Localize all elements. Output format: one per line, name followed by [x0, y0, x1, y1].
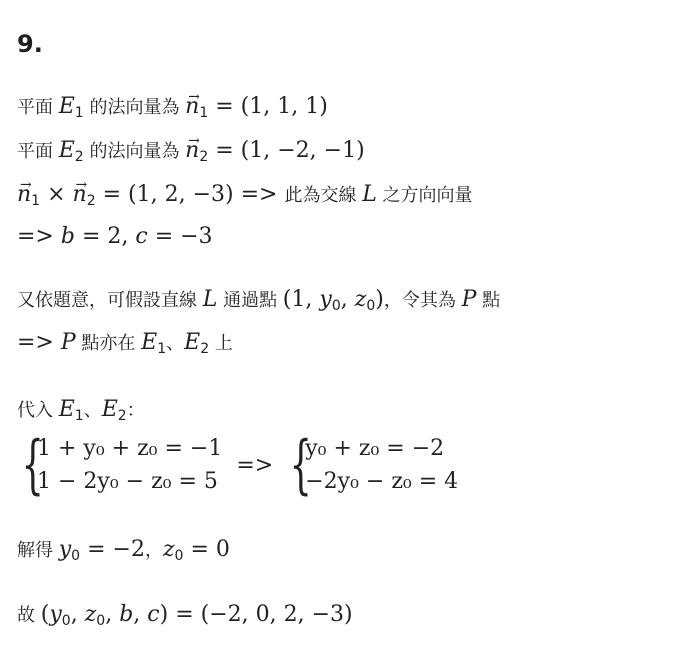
text: 之方向向量 — [377, 185, 473, 206]
equation: y₀ + z₀ = −2 — [305, 432, 458, 465]
subscript: 2 — [199, 149, 208, 165]
subscript: 1 — [75, 105, 84, 121]
text: 、 — [84, 400, 102, 421]
subscript: 1 — [75, 408, 84, 424]
cross-product-line: n1 × n2 = (1, 2, −3) => 此為交線 L 之方向向量 — [17, 180, 473, 216]
vector-symbol: n — [185, 136, 199, 166]
subscript: 2 — [118, 408, 127, 424]
equation: 1 − 2y₀ − z₀ = 5 — [37, 465, 222, 498]
text: 代入 — [17, 400, 59, 421]
vector-symbol: n — [185, 92, 199, 122]
subscript: 0 — [71, 548, 80, 564]
variable: y — [59, 537, 71, 562]
solution-page: 9. 平面 E1 的法向量為 n1 = (1, 1, 1) 平面 E2 的法向量… — [0, 0, 695, 665]
implies-arrow: => — [236, 453, 273, 478]
math-expression: = −3 — [148, 224, 213, 249]
subscript: 2 — [87, 193, 96, 209]
variable: b — [61, 224, 75, 249]
times-symbol: × — [40, 182, 72, 207]
subscript: 1 — [31, 193, 40, 209]
subscript: 0 — [62, 613, 71, 629]
text: 、 — [166, 333, 184, 354]
equation: 1 + y₀ + z₀ = −1 — [37, 432, 222, 465]
line-symbol: L — [203, 287, 218, 312]
plane-symbol: E — [102, 397, 118, 422]
text: 此為交線 — [284, 185, 362, 206]
subscript: 0 — [96, 613, 105, 629]
math-expression: = 2, — [75, 224, 135, 249]
point-symbol: P — [462, 287, 477, 312]
variable: c — [135, 224, 147, 249]
original-equations: 1 + y₀ + z₀ = −1 1 − 2y₀ − z₀ = 5 — [37, 432, 222, 498]
math-expression: , — [105, 602, 119, 627]
variable: z — [85, 602, 97, 627]
subscript: 1 — [157, 341, 166, 357]
left-brace: { — [290, 433, 301, 497]
text: ， — [145, 540, 163, 561]
text: 的法向量為 — [84, 141, 185, 162]
vector-symbol: n — [73, 180, 87, 210]
text: 的法向量為 — [84, 97, 185, 118]
variable: z — [163, 537, 175, 562]
text: 平面 — [17, 97, 59, 118]
plane-symbol: E — [184, 330, 200, 355]
subscript: 1 — [199, 105, 208, 121]
vector-symbol: n — [17, 180, 31, 210]
normal-vector-e2-line: 平面 E2 的法向量為 n2 = (1, −2, −1) — [17, 136, 365, 172]
variable: y — [319, 287, 331, 312]
plane-symbol: E — [141, 330, 157, 355]
solve-line: 解得 y0 = −2，z0 = 0 — [17, 535, 230, 571]
subscript: 2 — [200, 341, 209, 357]
plane-symbol: E — [59, 138, 75, 163]
subscript: 0 — [366, 298, 375, 314]
variable: b — [119, 602, 133, 627]
equation-system: { 1 + y₀ + z₀ = −1 1 − 2y₀ − z₀ = 5 => {… — [17, 432, 458, 498]
normal-vector-e1-line: 平面 E1 的法向量為 n1 = (1, 1, 1) — [17, 92, 328, 128]
simplified-equations: y₀ + z₀ = −2 −2y₀ − z₀ = 4 — [305, 432, 458, 498]
implies-arrow: => — [17, 224, 61, 249]
text: 解得 — [17, 540, 59, 561]
math-expression: , — [71, 602, 85, 627]
math-expression: = (1, 1, 1) — [208, 94, 328, 119]
text: ，令其為 — [384, 290, 462, 311]
text: 故 — [17, 605, 41, 626]
substitute-line: 代入 E1、E2： — [17, 395, 145, 431]
text: 通過點 — [217, 290, 282, 311]
variable: z — [355, 287, 367, 312]
implies-arrow: => — [17, 330, 61, 355]
subscript: 2 — [75, 149, 84, 165]
point-symbol: P — [61, 330, 76, 355]
point-on-planes-line: => P 點亦在 E1、E2 上 — [17, 328, 233, 364]
math-expression: ) = (−2, 0, 2, −3) — [160, 602, 353, 627]
math-expression: = −2 — [80, 537, 145, 562]
text: 點 — [476, 290, 500, 311]
math-expression: = (1, −2, −1) — [208, 138, 364, 163]
text: 又依題意，可假設直線 — [17, 290, 203, 311]
math-expression: = 0 — [183, 537, 229, 562]
left-brace: { — [22, 433, 33, 497]
bc-values-line: => b = 2, c = −3 — [17, 222, 213, 252]
text: 點亦在 — [76, 333, 141, 354]
variable: c — [147, 602, 159, 627]
answer-line: 故 (y0, z0, b, c) = (−2, 0, 2, −3) — [17, 600, 353, 636]
line-symbol: L — [362, 182, 377, 207]
math-expression: = (1, 2, −3) => — [96, 182, 285, 207]
equation: −2y₀ − z₀ = 4 — [305, 465, 458, 498]
plane-symbol: E — [59, 94, 75, 119]
text: ： — [127, 400, 145, 421]
plane-symbol: E — [59, 397, 75, 422]
assume-point-line: 又依題意，可假設直線 L 通過點 (1, y0, z0)，令其為 P 點 — [17, 285, 500, 321]
subscript: 0 — [332, 298, 341, 314]
math-expression: , — [341, 287, 355, 312]
text: 平面 — [17, 141, 59, 162]
text: 上 — [209, 333, 233, 354]
problem-number: 9. — [17, 30, 43, 58]
math-expression: , — [133, 602, 147, 627]
variable: y — [49, 602, 61, 627]
math-expression: (1, — [283, 287, 320, 312]
math-expression: ) — [375, 287, 384, 312]
